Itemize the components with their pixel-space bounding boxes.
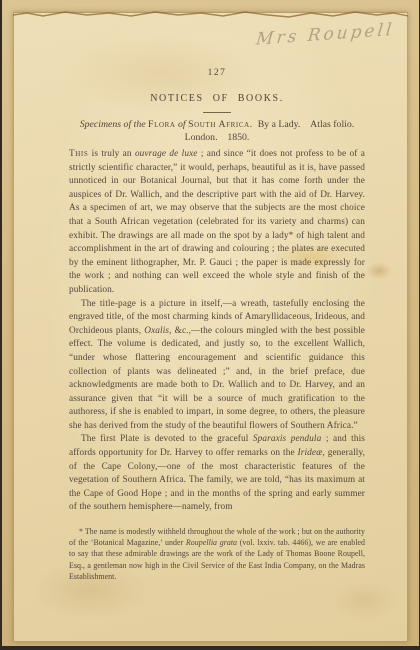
- page-content: 127 NOTICES OF BOOKS. Specimens of the F…: [13, 12, 408, 642]
- book-title-line2: London. 1850.: [69, 132, 365, 145]
- page-number: 127: [69, 68, 365, 78]
- footnote: * The name is modestly withheld througho…: [69, 526, 365, 582]
- heading-rule: [203, 112, 231, 113]
- section-heading: NOTICES OF BOOKS.: [69, 93, 365, 104]
- review-body: This is truly an ouvrage de luxe ; and s…: [69, 148, 365, 515]
- book-title: Specimens of the Flora of South Africa. …: [69, 119, 365, 144]
- paragraph: The title-page is a picture in itself,—a…: [69, 298, 365, 434]
- scanned-document-photo: { "colors":{ "background_dark":"#2f2b22"…: [0, 0, 420, 650]
- book-title-line1: Specimens of the Flora of South Africa. …: [69, 119, 365, 132]
- paragraph: This is truly an ouvrage de luxe ; and s…: [69, 148, 365, 298]
- paragraph: The first Plate is devoted to the gracef…: [69, 433, 365, 515]
